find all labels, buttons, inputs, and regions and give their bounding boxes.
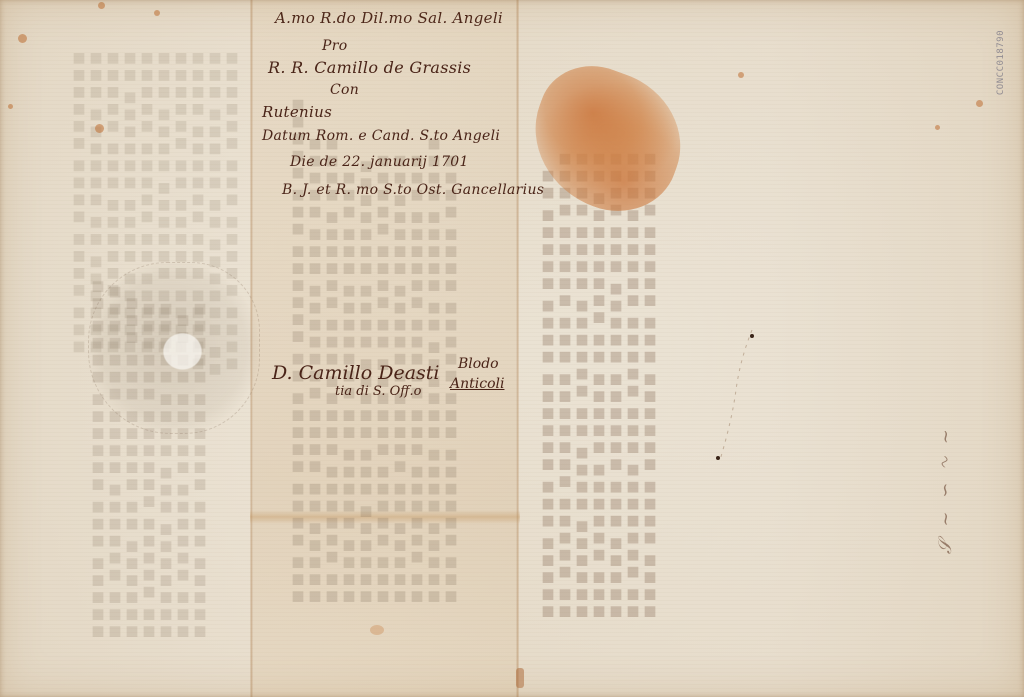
bleed-through-text-right: ■■■■■ ■■■ ■■■■■■ ■■■■ ■■■■■ ■■ ■■ ■■■■■ … [540,200,659,620]
address-line-4: Con [330,80,359,100]
foxing-spot [935,125,940,130]
vertical-fold-right [516,0,519,697]
signature-right-1: Blodo [458,356,499,372]
foxing-spot [976,100,983,107]
foxing-spot [154,10,160,16]
embossed-seal-ghost [88,262,260,434]
address-line-2: Pro [322,36,347,56]
foxing-spot [516,668,524,688]
address-line-1: A.mo R.do Dil.mo Sal. Angeli [275,8,503,28]
faded-margin-script: 𝒮 ~ ∽ ∿ ~ [935,425,956,554]
address-line-5: Rutenius [262,102,332,122]
foxing-spot [98,2,105,9]
archive-stamp: CONCC018790 [996,30,1006,95]
foxing-spot [95,124,104,133]
signature-right-2: Anticoli [450,376,504,392]
signature-name: D. Camillo Deasti [272,362,440,384]
address-line-6: Datum Rom. e Cand. S.to Angeli [262,126,500,146]
foxing-spot [738,72,744,78]
foxing-spot [18,34,27,43]
foxing-spot [370,625,384,635]
faint-ink-trace [700,320,760,470]
address-line-8: B. J. et R. mo S.to Ost. Gancellarius [282,180,544,200]
address-line-3: R. R. Camillo de Grassis [268,58,471,78]
manuscript-page: ■■■ ■■■■ ■■■■■ ■■ ■■■■■■ ■■■ ■■■■■ ■■■■■… [0,0,1024,697]
bleed-through-text-center: ■■■ ■■■■ ■■■■■ ■■ ■■■■■■ ■■■ ■■■■■ ■■■■■… [290,225,460,605]
signature-title: tia di S. Off.o [335,384,421,399]
bleed-through-text-left-bottom: ■■■■■ ■■■ ■■■■■■ ■■■■ ■■ ■■■ ■■■■■■ ■■■■… [90,430,209,640]
address-line-7: Die de 22. januarij 1701 [290,152,469,172]
foxing-spot [8,104,13,109]
bleed-through-text-left-top: ■■■■■■ ■■■ ■■■■■ ■■■■ ■■■ ■■■■■ ■■ ■■■■■… [70,50,240,250]
